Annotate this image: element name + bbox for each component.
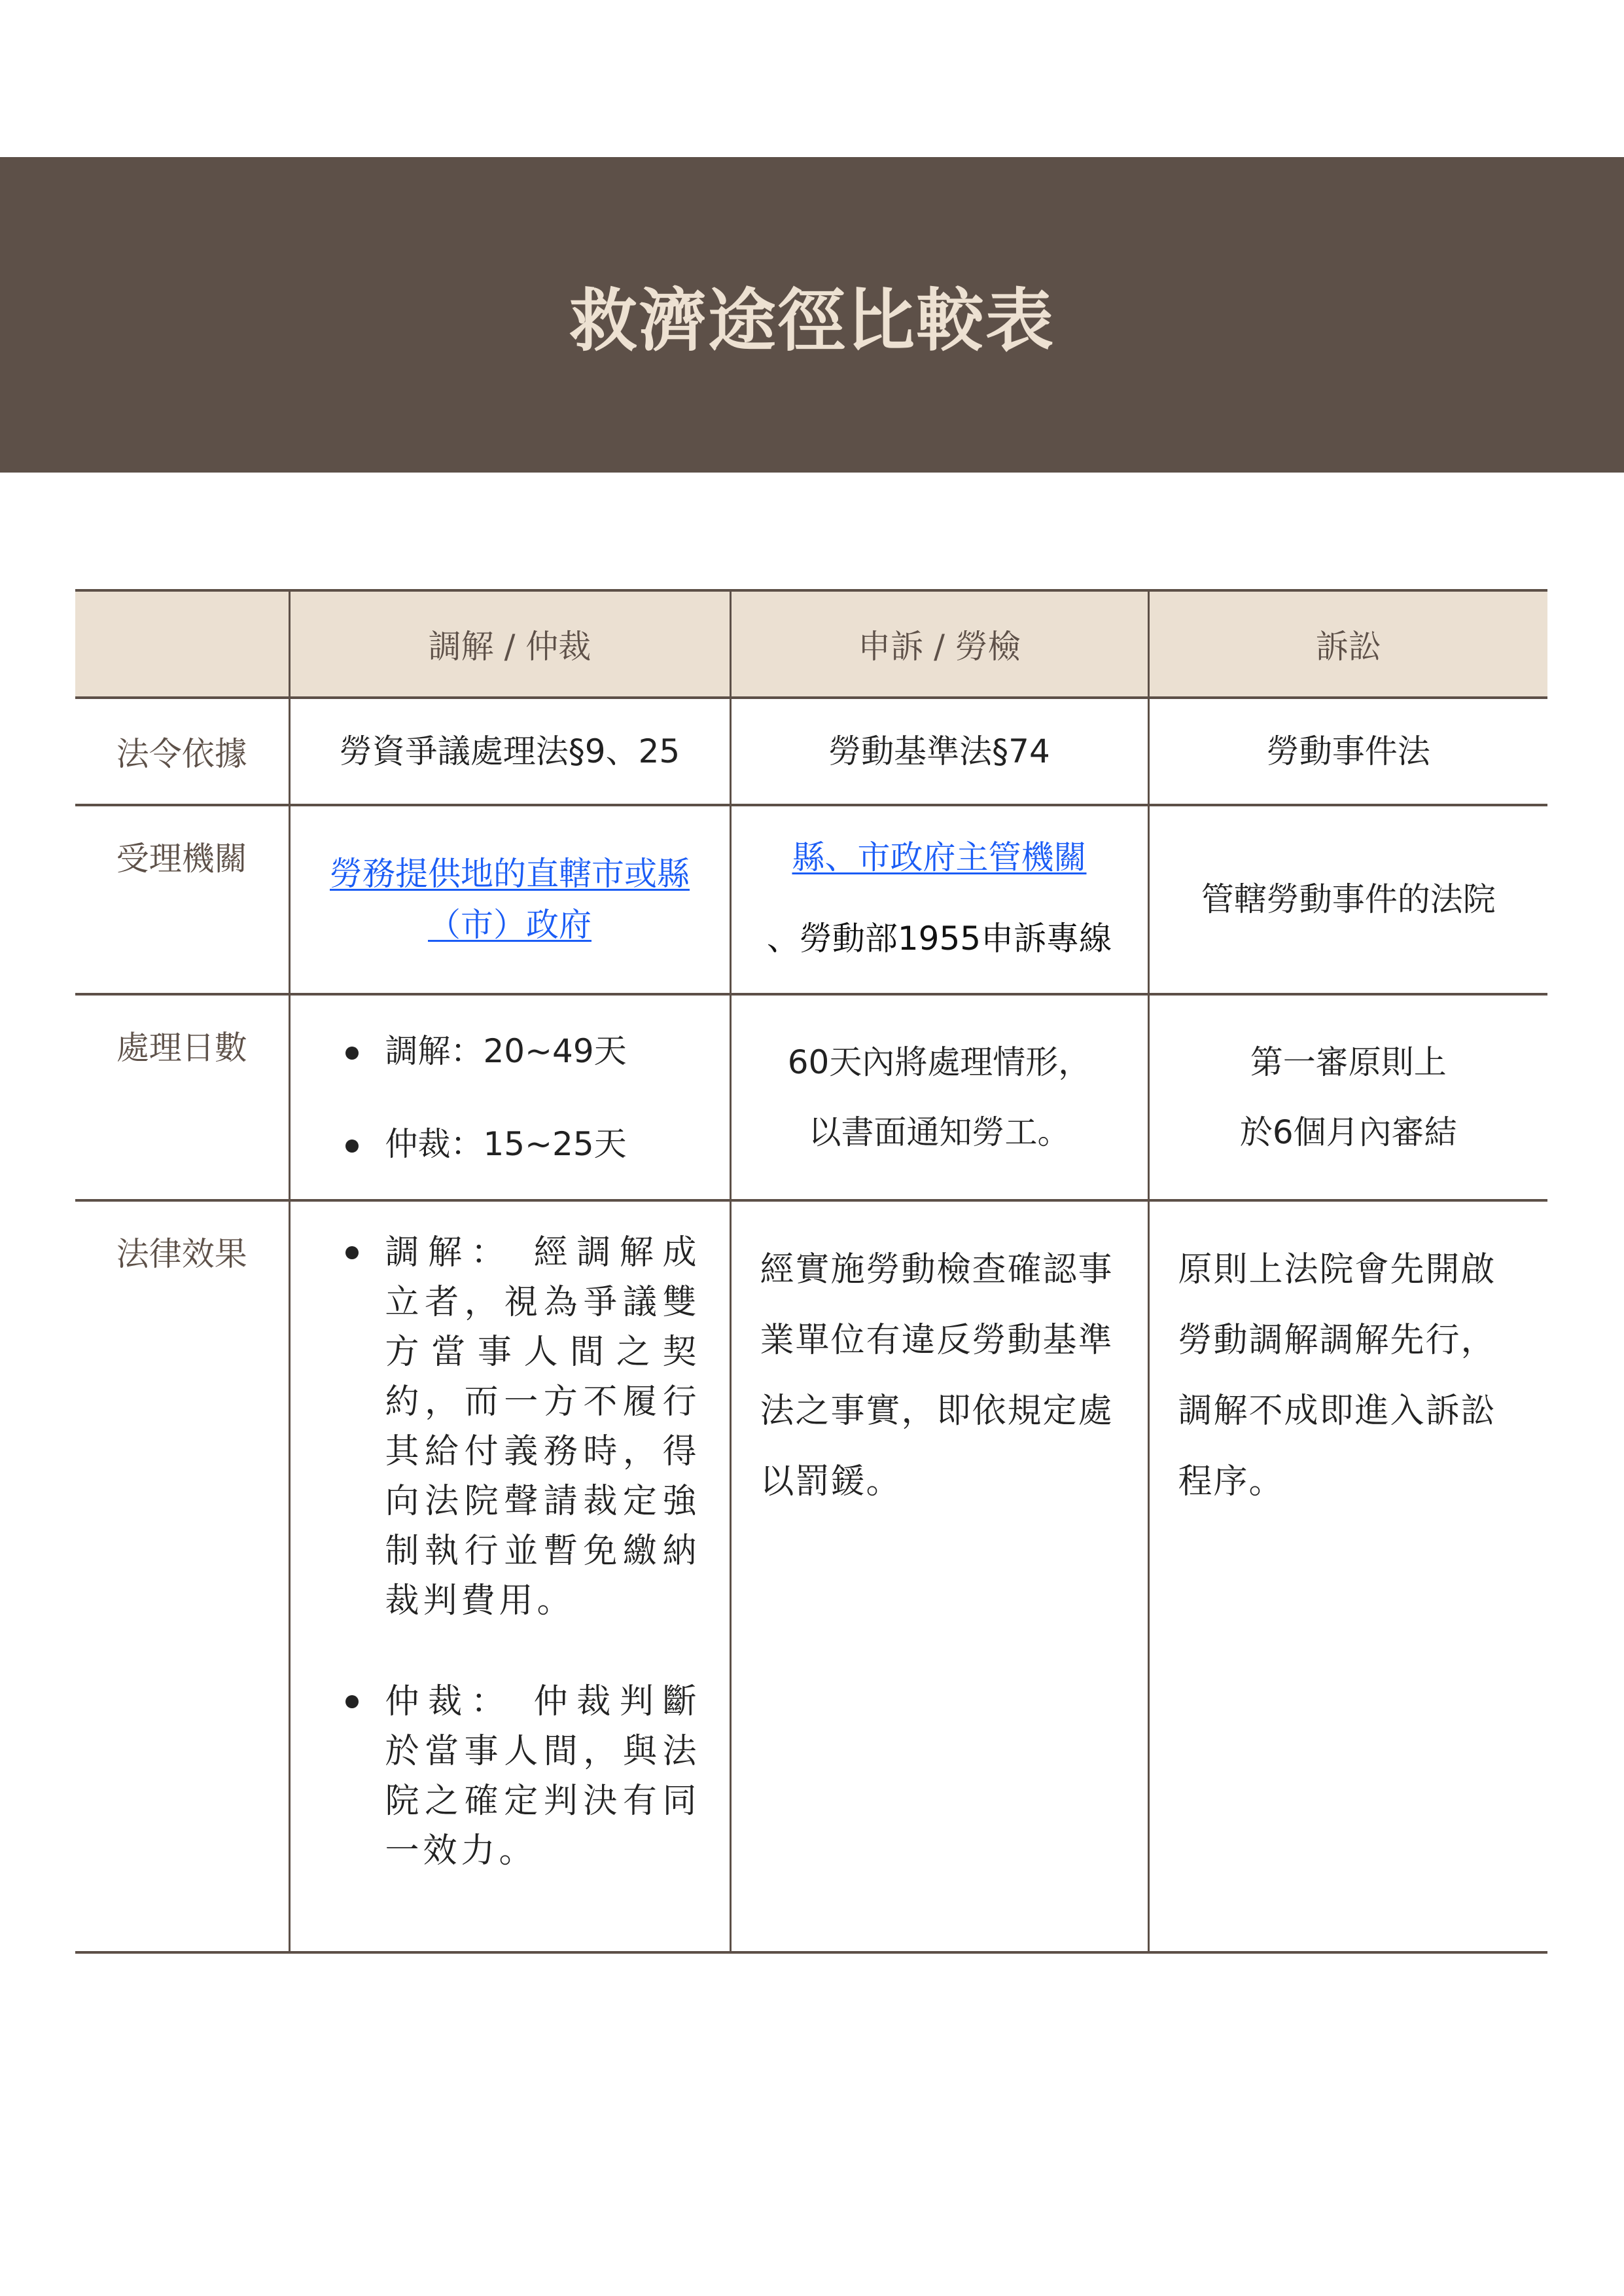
paragraph: 原則上法院會先開啟勞動調解調解先行，調解不成即進入訴訟程序。 — [1150, 1202, 1548, 1517]
list-item-text: 仲裁：15~25天 — [385, 1125, 627, 1163]
page-title: 救濟途徑比較表 — [569, 266, 1055, 364]
row-label: 法令依據 — [75, 698, 289, 805]
row-label: 受理機關 — [75, 805, 289, 994]
paragraph: 經實施勞動檢查確認事業單位有違反勞動基準法之事實，即依規定處以罰鍰。 — [732, 1202, 1148, 1517]
bullet-icon — [345, 1695, 359, 1708]
cell-mediation: 勞資爭議處理法§9、25 — [289, 698, 730, 805]
cell-complaint: 經實施勞動檢查確認事業單位有違反勞動基準法之事實，即依規定處以罰鍰。 — [730, 1200, 1148, 1952]
cell-mediation: 調解： 經調解成立者，視為爭議雙方當事人間之契約，而一方不履行其給付義務時，得向… — [289, 1200, 730, 1952]
text-line: 以書面通知勞工。 — [732, 1098, 1148, 1168]
cell-complaint: 60天內將處理情形， 以書面通知勞工。 — [730, 994, 1148, 1200]
bullet-list: 調解： 經調解成立者，視為爭議雙方當事人間之契約，而一方不履行其給付義務時，得向… — [291, 1202, 730, 1876]
column-header-litigation: 訴訟 — [1148, 590, 1547, 698]
cell-mediation: 調解：20~49天 仲裁：15~25天 — [289, 994, 730, 1200]
row-label-text: 法令依據 — [75, 728, 289, 775]
table-row-legal-basis: 法令依據 勞資爭議處理法§9、25 勞動基準法§74 勞動事件法 — [75, 698, 1547, 805]
row-label-text: 受理機關 — [75, 806, 289, 880]
column-header-empty — [75, 590, 289, 698]
cell-litigation: 原則上法院會先開啟勞動調解調解先行，調解不成即進入訴訟程序。 — [1148, 1200, 1547, 1952]
cell-complaint: 勞動基準法§74 — [730, 698, 1148, 805]
text-line: 60天內將處理情形， — [732, 1028, 1148, 1098]
text-line: 於6個月內審結 — [1150, 1098, 1548, 1168]
cell-complaint: 縣、市政府主管機關 、勞動部1955申訴專線 — [730, 805, 1148, 994]
title-banner: 救濟途徑比較表 — [0, 157, 1624, 473]
complaint-hotline-text: 、勞動部1955申訴專線 — [732, 922, 1148, 955]
mediation-authority-link[interactable]: 勞務提供地的直轄市或縣（市）政府 — [330, 855, 690, 944]
table-row-authority: 受理機關 勞務提供地的直轄市或縣（市）政府 縣、市政府主管機關 、勞動部1955… — [75, 805, 1547, 994]
column-header-mediation: 調解 / 仲裁 — [289, 590, 730, 698]
comparison-table: 調解 / 仲裁 申訴 / 勞檢 訴訟 法令依據 勞資爭議處理法§9、25 勞動基… — [75, 589, 1547, 1954]
cell-litigation: 管轄勞動事件的法院 — [1148, 805, 1547, 994]
table-header-row: 調解 / 仲裁 申訴 / 勞檢 訴訟 — [75, 590, 1547, 698]
list-item-text: 調解：20~49天 — [385, 1032, 627, 1070]
text-line: 第一審原則上 — [1150, 1028, 1548, 1098]
table-row-processing-days: 處理日數 調解：20~49天 仲裁：15~25天 60天內將處理情形， 以書面通… — [75, 994, 1547, 1200]
row-label: 處理日數 — [75, 994, 289, 1200]
list-item-text: 仲裁： 仲裁判斷於當事人間，與法院之確定判決有同一效力。 — [385, 1682, 701, 1871]
row-label-text: 處理日數 — [75, 996, 289, 1069]
complaint-authority-link[interactable]: 縣、市政府主管機關 — [792, 838, 1087, 876]
list-item-text: 調解： 經調解成立者，視為爭議雙方當事人間之契約，而一方不履行其給付義務時，得向… — [385, 1233, 701, 1621]
bullet-icon — [345, 1139, 359, 1153]
cell-litigation: 勞動事件法 — [1148, 698, 1547, 805]
bullet-icon — [345, 1246, 359, 1259]
cell-mediation: 勞務提供地的直轄市或縣（市）政府 — [289, 805, 730, 994]
column-header-complaint: 申訴 / 勞檢 — [730, 590, 1148, 698]
list-item: 仲裁：15~25天 — [291, 1128, 730, 1160]
row-label-text: 法律效果 — [75, 1202, 289, 1275]
list-item: 調解：20~49天 — [291, 1035, 730, 1067]
bullet-icon — [345, 1047, 359, 1060]
list-item: 調解： 經調解成立者，視為爭議雙方當事人間之契約，而一方不履行其給付義務時，得向… — [291, 1228, 730, 1626]
bullet-list: 調解：20~49天 仲裁：15~25天 — [291, 1035, 730, 1160]
table-row-legal-effect: 法律效果 調解： 經調解成立者，視為爭議雙方當事人間之契約，而一方不履行其給付義… — [75, 1200, 1547, 1952]
cell-litigation: 第一審原則上 於6個月內審結 — [1148, 994, 1547, 1200]
list-item: 仲裁： 仲裁判斷於當事人間，與法院之確定判決有同一效力。 — [291, 1677, 730, 1876]
row-label: 法律效果 — [75, 1200, 289, 1952]
